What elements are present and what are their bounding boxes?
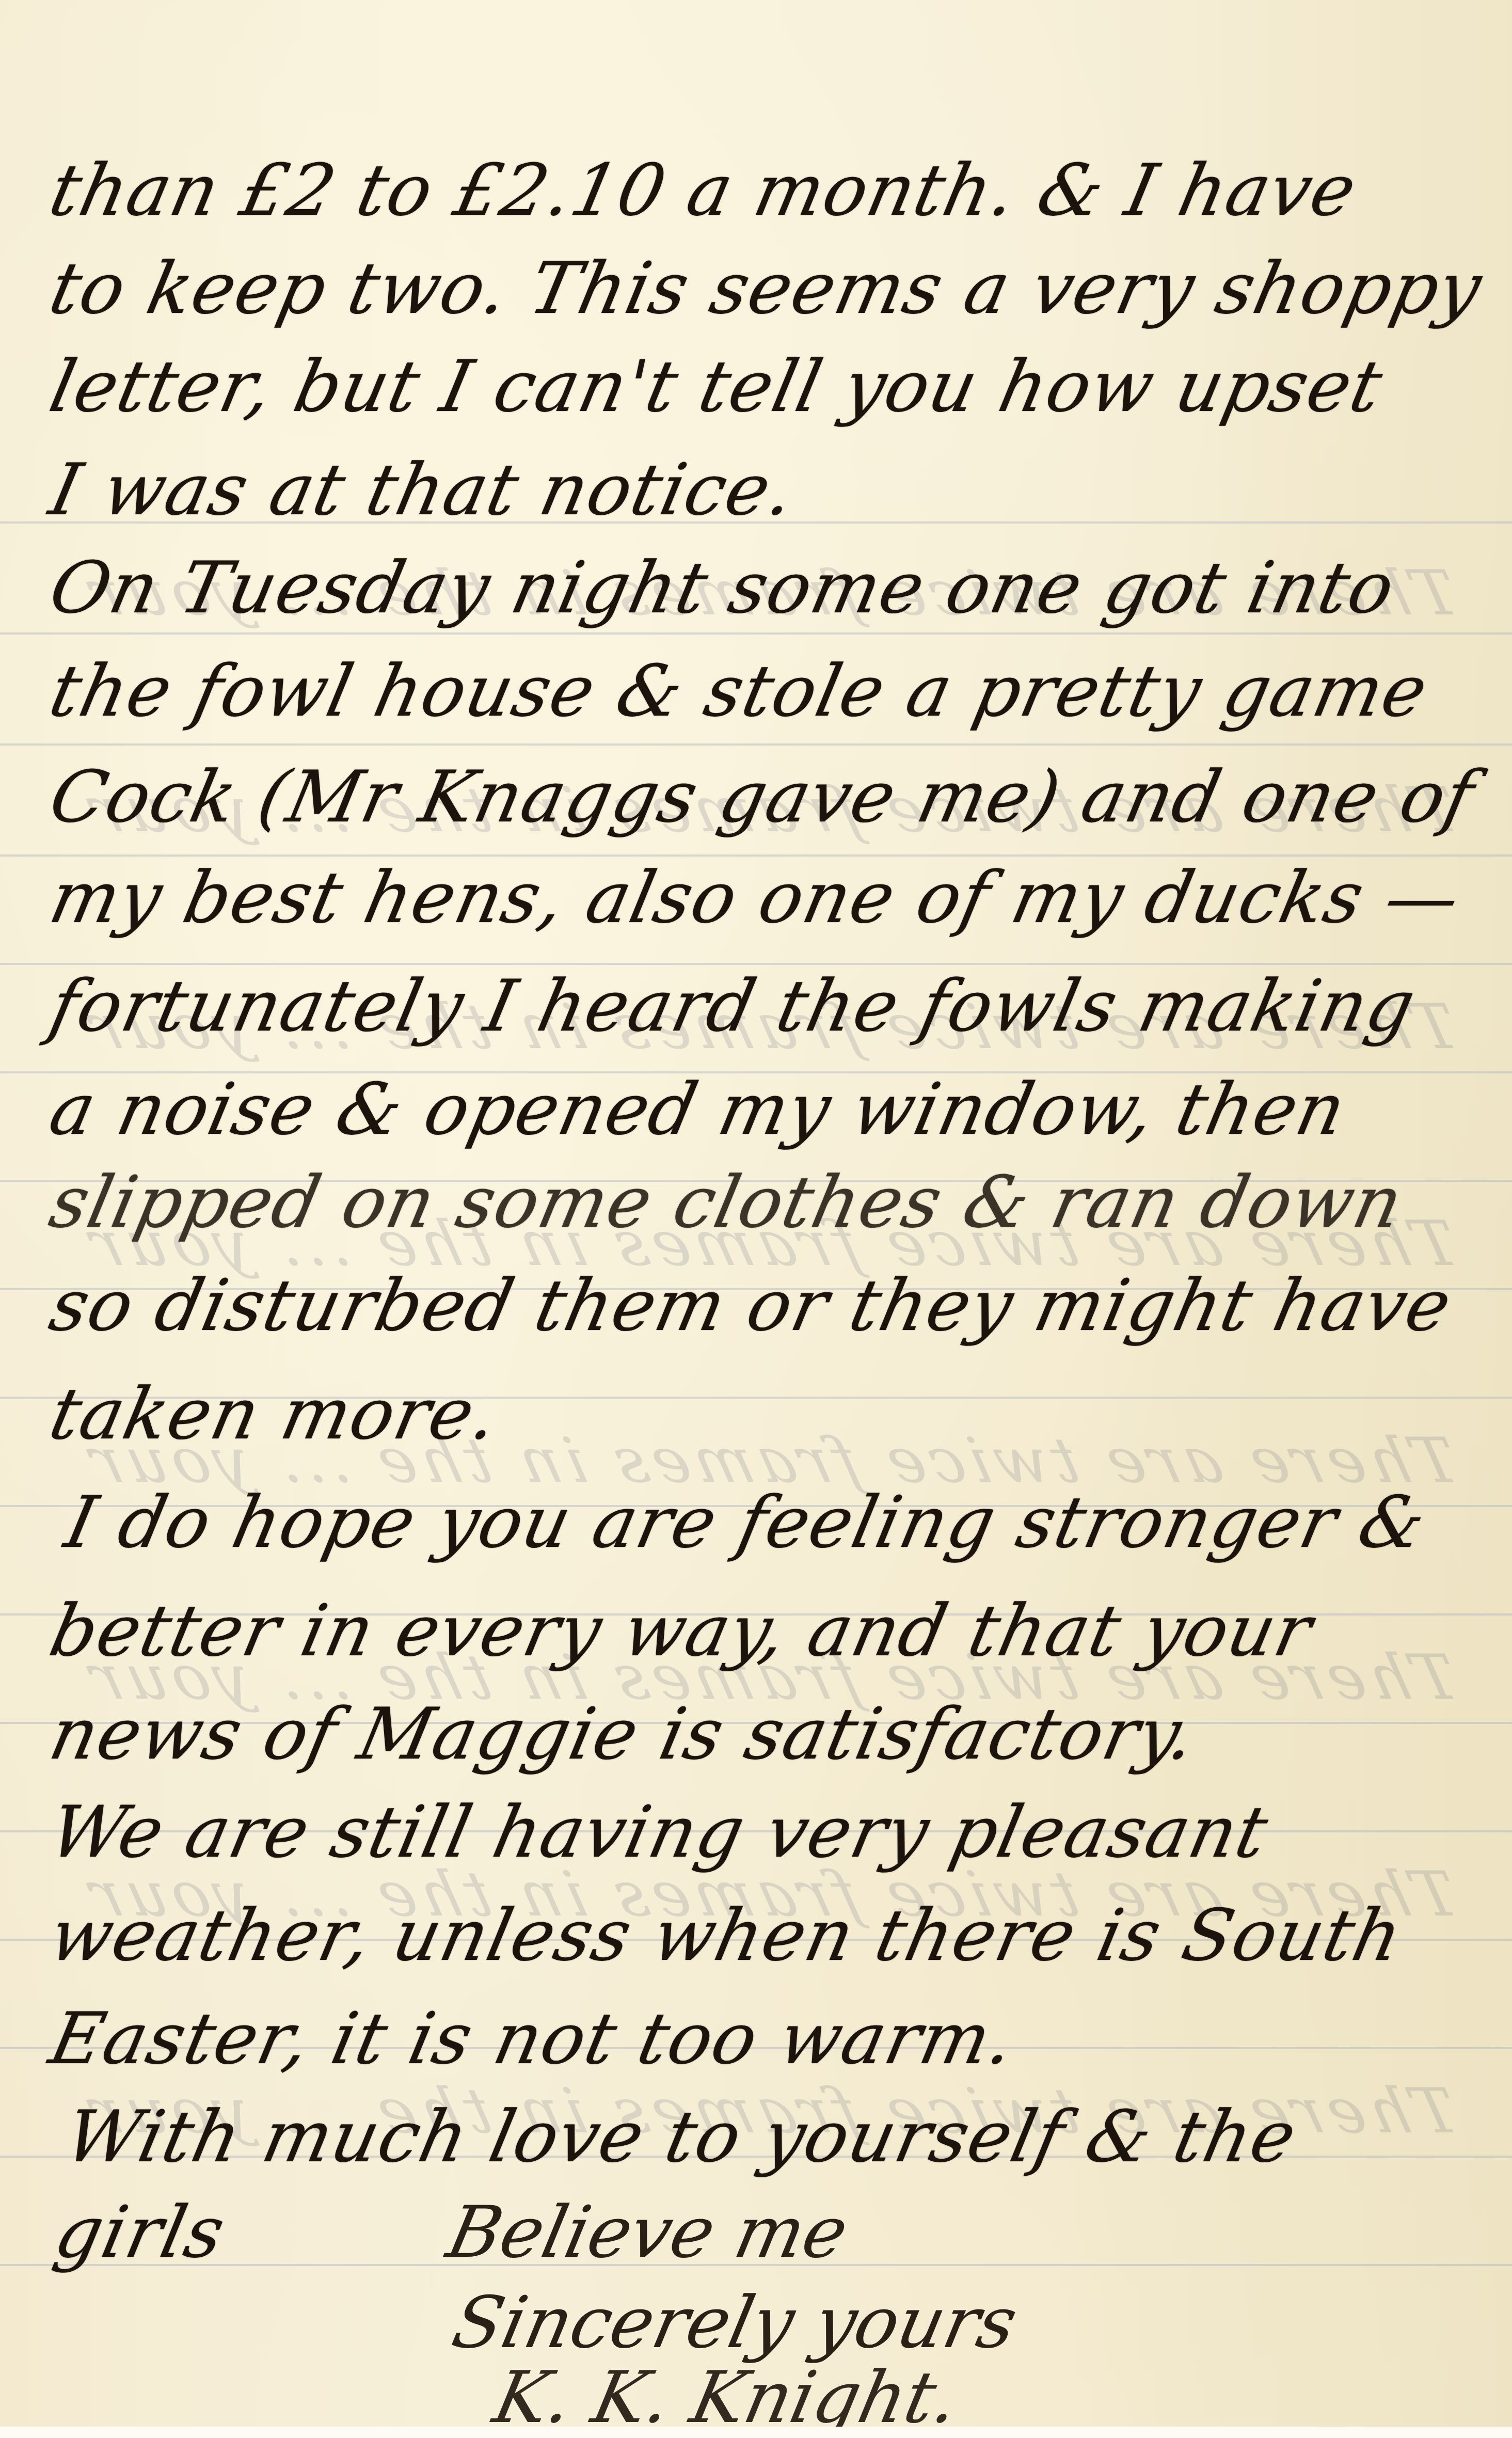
- letter-line: On Tuesday night some one got into: [44, 552, 1401, 624]
- paper-edge: [0, 2427, 1512, 2438]
- letter-line: slipped on some clothes & ran down: [44, 1167, 1409, 1238]
- letter-line: weather, unless when there is South: [44, 1900, 1409, 1971]
- ruled-line: [0, 743, 1512, 746]
- letter-line: taken more.: [44, 1379, 505, 1450]
- letter-line: than £2 to £2.10 a month. & I have: [44, 155, 1362, 226]
- valediction: Sincerely yours: [447, 2287, 1023, 2358]
- ruled-line: [0, 632, 1512, 635]
- letter-line: Easter, it is not too warm.: [44, 2003, 1021, 2075]
- letter-page: There are twice frames in the ... your T…: [0, 0, 1512, 2438]
- letter-line: my best hens, also one of my ducks —: [44, 862, 1466, 933]
- letter-line: the fowl house & stole a pretty game: [44, 656, 1434, 727]
- letter-line: news of Maggie is satisfactory.: [44, 1699, 1202, 1770]
- signature: K. K. Knight.: [488, 2362, 965, 2433]
- letter-line: a noise & opened my window, then: [44, 1074, 1352, 1145]
- letter-line: girls: [49, 2197, 231, 2268]
- letter-line: to keep two. This seems a very shoppy: [44, 253, 1488, 324]
- letter-line: We are still having very pleasant: [44, 1797, 1274, 1868]
- letter-line: so disturbed them or they might have: [44, 1270, 1458, 1341]
- letter-line: letter, but I can't tell you how upset: [44, 351, 1389, 422]
- letter-line: With much love to yourself & the: [59, 2101, 1302, 2173]
- valediction: Believe me: [441, 2197, 853, 2268]
- letter-line: I do hope you are feeling stronger &: [59, 1487, 1432, 1558]
- letter-line: better in every way, and that your: [44, 1595, 1318, 1667]
- letter-line: fortunately I heard the fowls making: [44, 971, 1421, 1042]
- letter-line: Cock (Mr Knaggs gave me) and one of: [44, 762, 1481, 833]
- letter-line: I was at that notice.: [44, 454, 801, 526]
